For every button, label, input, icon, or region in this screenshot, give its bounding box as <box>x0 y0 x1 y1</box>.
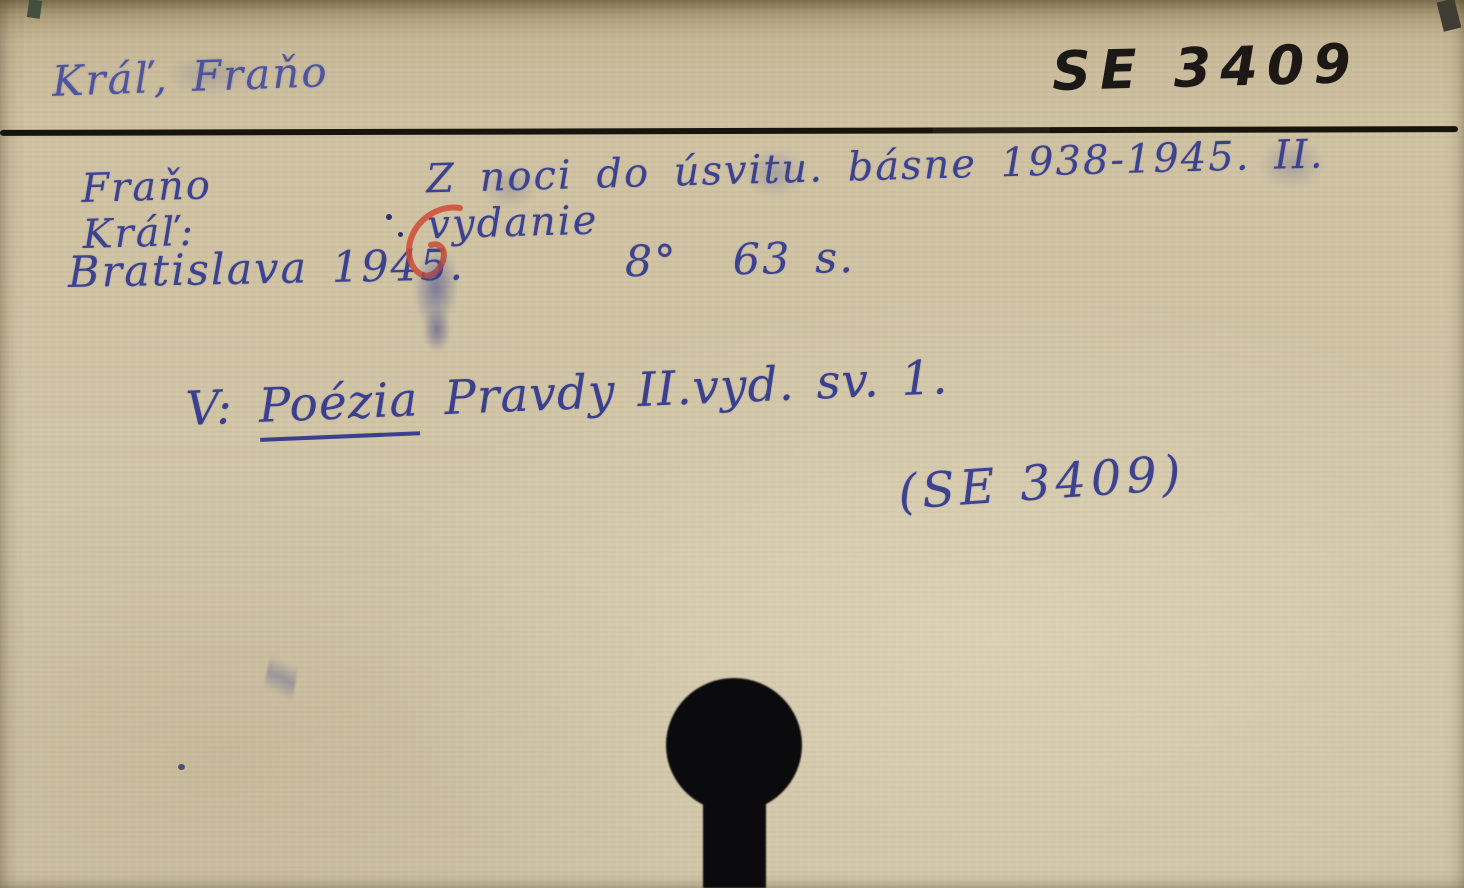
scan-edge-speck <box>1437 0 1462 32</box>
call-number-note: (SE 3409) <box>896 445 1187 521</box>
call-number: SE 3409 <box>1051 32 1360 103</box>
ink-smudge <box>470 158 550 216</box>
series-title-underlined: Poézia <box>258 372 420 442</box>
ink-smudge <box>150 46 270 104</box>
scan-edge-speck <box>27 0 42 19</box>
ink-dot <box>386 214 392 220</box>
ink-dot <box>398 232 403 237</box>
ink-smudge <box>732 138 818 208</box>
series-prefix: V: <box>185 380 234 437</box>
ink-dot <box>178 764 185 770</box>
entry-pagination: 63 s. <box>732 233 855 285</box>
ink-stray-stroke <box>259 634 303 722</box>
ink-smudge-streak <box>418 300 456 360</box>
series-note: V: Poézia Pravdy II.vyd. sv. 1. <box>185 350 950 445</box>
series-rest: Pravdy II.vyd. sv. 1. <box>443 350 949 426</box>
catalog-card: Kráľ, Fraňo SE 3409 Fraňo Kráľ: Z noci d… <box>0 0 1464 888</box>
entry-format: 8° <box>624 236 678 287</box>
hole-punch-slot <box>703 788 766 888</box>
ink-smudge <box>1246 128 1338 200</box>
